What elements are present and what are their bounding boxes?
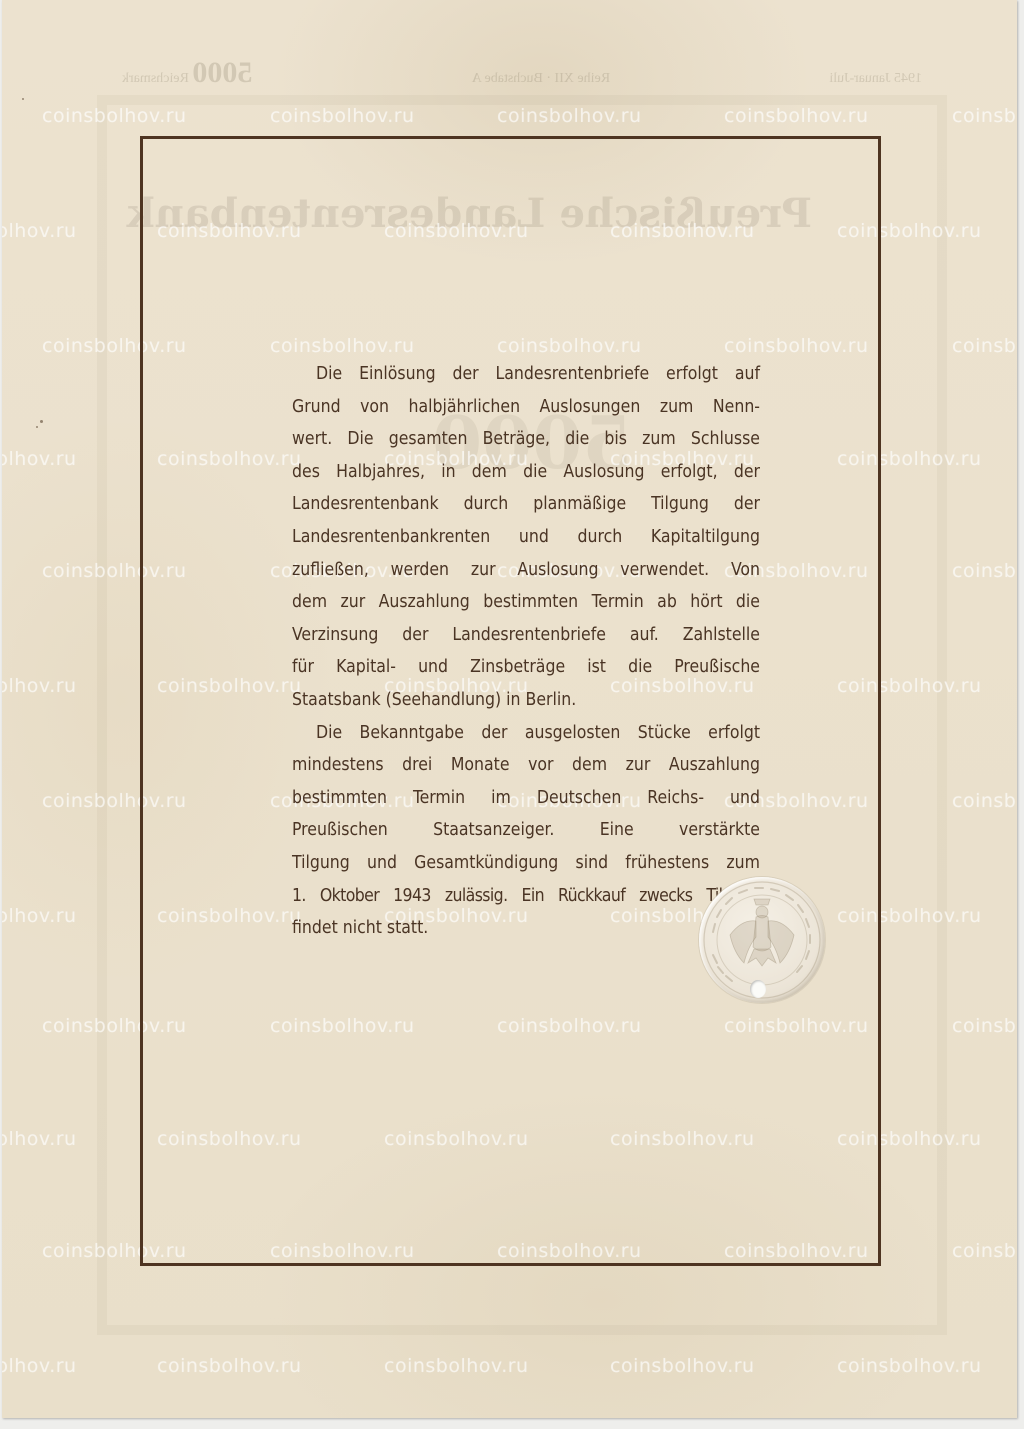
watermark-text: coinsbolhov.ru xyxy=(952,105,1017,127)
document-paper: 1945 Januar-Juli Reihe XII · Buchstabe A… xyxy=(2,0,1017,1418)
watermark-text: coinsbolhov.ru xyxy=(837,1355,982,1377)
watermark-text: coinsbolhov.ru xyxy=(497,105,642,127)
paper-speck xyxy=(36,426,38,428)
watermark-text: coinsbolhov.ru xyxy=(2,675,77,697)
text-line: für Kapital- und Zinsbeträge ist die Pre… xyxy=(292,651,760,684)
text-line: Verzinsung der Landesrentenbriefe auf. Z… xyxy=(292,619,760,652)
announcement-paragraph: Die Bekanntgabe der ausgelosten Stücke e… xyxy=(292,717,760,945)
showthrough-currency: Reichsmark xyxy=(122,71,189,86)
showthrough-amount: 5000 xyxy=(192,56,252,89)
text-line: Staatsbank (Seehandlung) in Berlin. xyxy=(292,684,760,717)
text-line: bestimmten Termin im Deutschen Reichs- u… xyxy=(292,782,760,815)
watermark-text: coinsbolhov.ru xyxy=(2,1355,77,1377)
watermark-text: coinsbolhov.ru xyxy=(952,1240,1017,1262)
paper-speck xyxy=(22,98,24,100)
paper-speck xyxy=(40,420,43,423)
text-line: Landesrentenbank durch planmäßige Tilgun… xyxy=(292,488,760,521)
redemption-paragraph: Die Einlösung der Landesrentenbriefe erf… xyxy=(292,358,760,717)
terms-text-block: Die Einlösung der Landesrentenbriefe erf… xyxy=(292,358,760,945)
watermark-text: coinsbolhov.ru xyxy=(2,905,77,927)
watermark-text: coinsbolhov.ru xyxy=(952,790,1017,812)
text-line: Die Bekanntgabe der ausgelosten Stücke e… xyxy=(292,717,760,750)
watermark-text: coinsbolhov.ru xyxy=(610,1355,755,1377)
text-line: Die Einlösung der Landesrentenbriefe erf… xyxy=(292,358,760,391)
punch-hole xyxy=(750,980,766,998)
scan-canvas: 1945 Januar-Juli Reihe XII · Buchstabe A… xyxy=(0,0,1024,1429)
watermark-text: coinsbolhov.ru xyxy=(157,1355,302,1377)
watermark-text: coinsbolhov.ru xyxy=(42,105,187,127)
watermark-text: coinsbolhov.ru xyxy=(384,1355,529,1377)
showthrough-series: Reihe XII · Buchstabe A xyxy=(472,71,610,87)
watermark-text: coinsbolhov.ru xyxy=(2,1128,77,1150)
text-line: 1. Oktober 1943 zulässig. Ein Rückkauf z… xyxy=(292,880,760,913)
showthrough-date: 1945 Januar-Juli xyxy=(829,71,922,87)
text-line: dem zur Auszahlung bestimmten Termin ab … xyxy=(292,586,760,619)
watermark-text: coinsbolhov.ru xyxy=(2,448,77,470)
text-line: Landesrentenbankrenten und durch Kapital… xyxy=(292,521,760,554)
text-line: Tilgung und Gesamtkündigung sind frühest… xyxy=(292,847,760,880)
text-line: des Halbjahres, in dem die Auslosung erf… xyxy=(292,456,760,489)
text-line: findet nicht statt. xyxy=(292,912,760,945)
watermark-text: coinsbolhov.ru xyxy=(724,105,869,127)
reverse-header-showthrough: 1945 Januar-Juli Reihe XII · Buchstabe A… xyxy=(122,56,922,90)
text-line: mindestens drei Monate vor dem zur Ausza… xyxy=(292,749,760,782)
text-line: wert. Die gesamten Beträge, die bis zum … xyxy=(292,423,760,456)
watermark-text: coinsbolhov.ru xyxy=(952,1015,1017,1037)
watermark-text: coinsbolhov.ru xyxy=(952,560,1017,582)
text-line: Grund von halbjährlichen Auslosungen zum… xyxy=(292,391,760,424)
showthrough-amount-group: 5000 Reichsmark xyxy=(122,56,252,90)
watermark-text: coinsbolhov.ru xyxy=(270,105,415,127)
watermark-text: coinsbolhov.ru xyxy=(952,335,1017,357)
text-line: zufließen, werden zur Auslosung verwende… xyxy=(292,554,760,587)
text-line: Preußischen Staatsanzeiger. Eine verstär… xyxy=(292,814,760,847)
watermark-text: coinsbolhov.ru xyxy=(2,220,77,242)
